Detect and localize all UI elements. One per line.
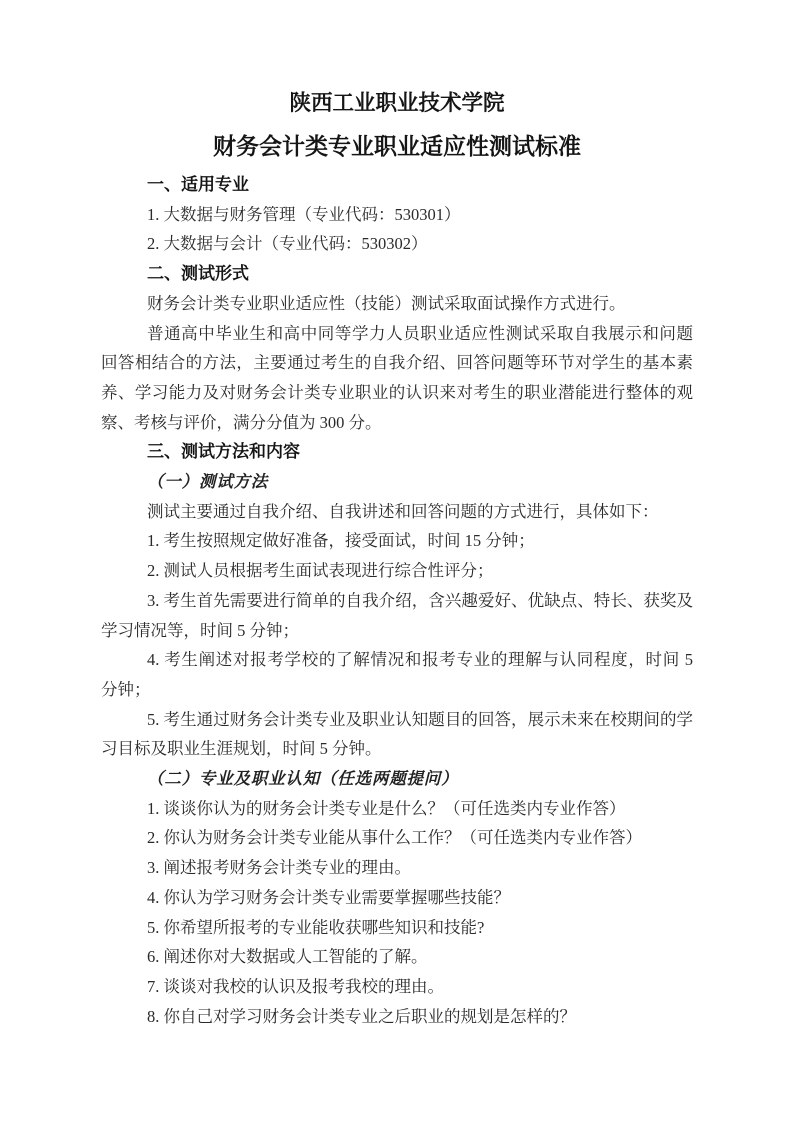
doc-line: 3. 考生首先需要进行简单的自我介绍，含兴趣爱好、优缺点、特长、获奖及 — [101, 586, 693, 616]
section-heading: 三、测试方法和内容 — [101, 437, 693, 467]
doc-line-continuation: 养、学习能力及对财务会计类专业职业的认识来对考生的职业潜能进行整体的观 — [101, 378, 693, 408]
doc-line-continuation: 分钟； — [101, 675, 693, 705]
doc-line-continuation: 回答相结合的方法，主要通过考生的自我介绍、回答问题等环节对学生的基本素 — [101, 348, 693, 378]
doc-line: 2. 你认为财务会计类专业能从事什么工作？（可任选类内专业作答） — [101, 823, 693, 853]
doc-line: 6. 阐述你对大数据或人工智能的了解。 — [101, 942, 693, 972]
doc-line: 5. 你希望所报考的专业能收获哪些知识和技能? — [101, 913, 693, 943]
doc-line-continuation: 察、考核与评价，满分分值为 300 分。 — [101, 408, 693, 438]
doc-title-line2: 财务会计类专业职业适应性测试标准 — [101, 130, 693, 164]
doc-line-continuation: 学习情况等，时间 5 分钟； — [101, 616, 693, 646]
doc-line-continuation: 习目标及职业生涯规划，时间 5 分钟。 — [101, 734, 693, 764]
section-heading: 一、适用专业 — [101, 170, 693, 200]
doc-line: 7. 谈谈对我校的认识及报考我校的理由。 — [101, 972, 693, 1002]
doc-title-line1: 陕西工业职业技术学院 — [101, 88, 693, 119]
section-heading: 二、测试形式 — [101, 259, 693, 289]
doc-line: 普通高中毕业生和高中同等学力人员职业适应性测试采取自我展示和问题 — [101, 319, 693, 349]
doc-line: 2. 大数据与会计（专业代码：530302） — [101, 229, 693, 259]
document-page: 陕西工业职业技术学院 财务会计类专业职业适应性测试标准 一、适用专业1. 大数据… — [0, 0, 794, 1123]
doc-line: 5. 考生通过财务会计类专业及职业认知题目的回答，展示未来在校期间的学 — [101, 705, 693, 735]
subsection-heading: （一）测试方法 — [101, 467, 693, 497]
doc-line: 3. 阐述报考财务会计类专业的理由。 — [101, 853, 693, 883]
doc-line: 4. 考生阐述对报考学校的了解情况和报考专业的理解与认同程度，时间 5 — [101, 645, 693, 675]
doc-line: 1. 考生按照规定做好准备，接受面试，时间 15 分钟； — [101, 526, 693, 556]
subsection-heading: （二）专业及职业认知（任选两题提问） — [101, 764, 693, 794]
doc-line: 1. 大数据与财务管理（专业代码：530301） — [101, 200, 693, 230]
doc-line: 2. 测试人员根据考生面试表现进行综合性评分； — [101, 556, 693, 586]
doc-line: 4. 你认为学习财务会计类专业需要掌握哪些技能？ — [101, 883, 693, 913]
doc-line: 8. 你自己对学习财务会计类专业之后职业的规划是怎样的？ — [101, 1002, 693, 1032]
doc-line: 1. 谈谈你认为的财务会计类专业是什么？（可任选类内专业作答） — [101, 794, 693, 824]
doc-body: 一、适用专业1. 大数据与财务管理（专业代码：530301）2. 大数据与会计（… — [101, 170, 693, 1031]
doc-line: 测试主要通过自我介绍、自我讲述和回答问题的方式进行，具体如下： — [101, 497, 693, 527]
doc-line: 财务会计类专业职业适应性（技能）测试采取面试操作方式进行。 — [101, 289, 693, 319]
